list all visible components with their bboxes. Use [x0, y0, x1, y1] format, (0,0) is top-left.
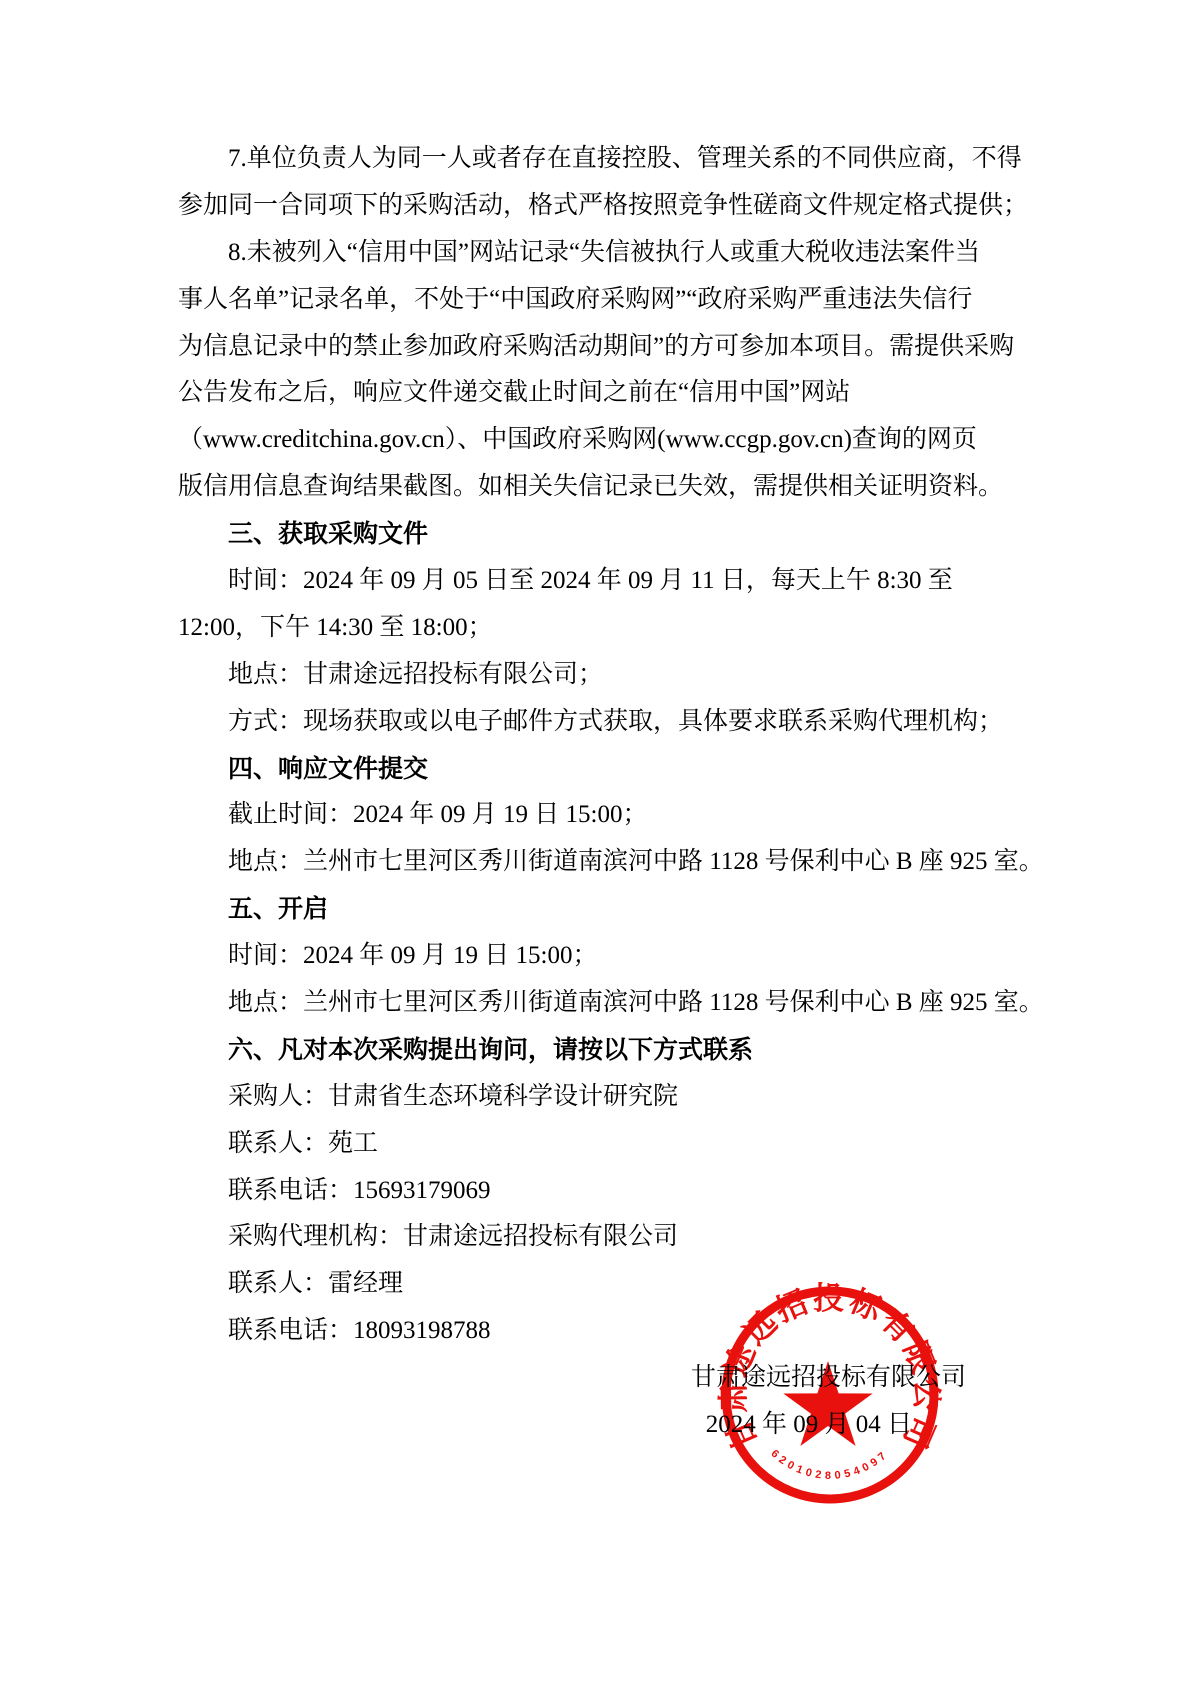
- text-line: 版信用信息查询结果截图。如相关失信记录已失效，需提供相关证明资料。: [178, 464, 1024, 511]
- text-line: 采购人：甘肃省生态环境科学设计研究院: [178, 1074, 1024, 1121]
- section-heading: 三、获取采购文件: [178, 511, 1024, 558]
- seal-star-icon: [783, 1361, 872, 1446]
- text-line: 12:00，下午 14:30 至 18:00；: [178, 605, 1024, 652]
- text-line: （www.creditchina.gov.cn）、中国政府采购网(www.ccg…: [178, 417, 1024, 464]
- text-line: 时间：2024 年 09 月 05 日至 2024 年 09 月 11 日，每天…: [178, 558, 1024, 605]
- section-heading: 五、开启: [178, 886, 1024, 933]
- text-line: 地点：兰州市七里河区秀川街道南滨河中路 1128 号保利中心 B 座 925 室…: [178, 839, 1024, 886]
- text-line: 参加同一合同项下的采购活动，格式严格按照竞争性磋商文件规定格式提供；: [178, 183, 1024, 230]
- text-line: 采购代理机构：甘肃途远招投标有限公司: [178, 1214, 1024, 1261]
- company-seal-stamp: 甘肃途远招投标有限公司 6201028054097: [710, 1275, 950, 1515]
- text-line: 7.单位负责人为同一人或者存在直接控股、管理关系的不同供应商，不得: [178, 136, 1024, 183]
- text-line: 时间：2024 年 09 月 19 日 15:00；: [178, 933, 1024, 980]
- text-line: 方式：现场获取或以电子邮件方式获取，具体要求联系采购代理机构；: [178, 699, 1024, 746]
- document-body: 7.单位负责人为同一人或者存在直接控股、管理关系的不同供应商，不得参加同一合同项…: [178, 136, 1024, 1449]
- text-line: 事人名单”记录名单，不处于“中国政府采购网”“政府采购严重违法失信行: [178, 277, 1024, 324]
- document-page: 7.单位负责人为同一人或者存在直接控股、管理关系的不同供应商，不得参加同一合同项…: [0, 0, 1190, 1684]
- text-line: 8.未被列入“信用中国”网站记录“失信被执行人或重大税收违法案件当: [178, 230, 1024, 277]
- text-line: 截止时间：2024 年 09 月 19 日 15:00；: [178, 792, 1024, 839]
- section-heading: 六、凡对本次采购提出询问，请按以下方式联系: [178, 1027, 1024, 1074]
- document-lines: 7.单位负责人为同一人或者存在直接控股、管理关系的不同供应商，不得参加同一合同项…: [178, 136, 1024, 1355]
- text-line: 联系电话：15693179069: [178, 1168, 1024, 1215]
- text-line: 地点：兰州市七里河区秀川街道南滨河中路 1128 号保利中心 B 座 925 室…: [178, 980, 1024, 1027]
- text-line: 公告发布之后，响应文件递交截止时间之前在“信用中国”网站: [178, 370, 1024, 417]
- text-line: 地点：甘肃途远招投标有限公司；: [178, 652, 1024, 699]
- section-heading: 四、响应文件提交: [178, 746, 1024, 793]
- text-line: 联系人：苑工: [178, 1121, 1024, 1168]
- seal-serial-number: 6201028054097: [769, 1448, 892, 1482]
- svg-text:6201028054097: 6201028054097: [769, 1448, 892, 1482]
- text-line: 为信息记录中的禁止参加政府采购活动期间”的方可参加本项目。需提供采购: [178, 324, 1024, 371]
